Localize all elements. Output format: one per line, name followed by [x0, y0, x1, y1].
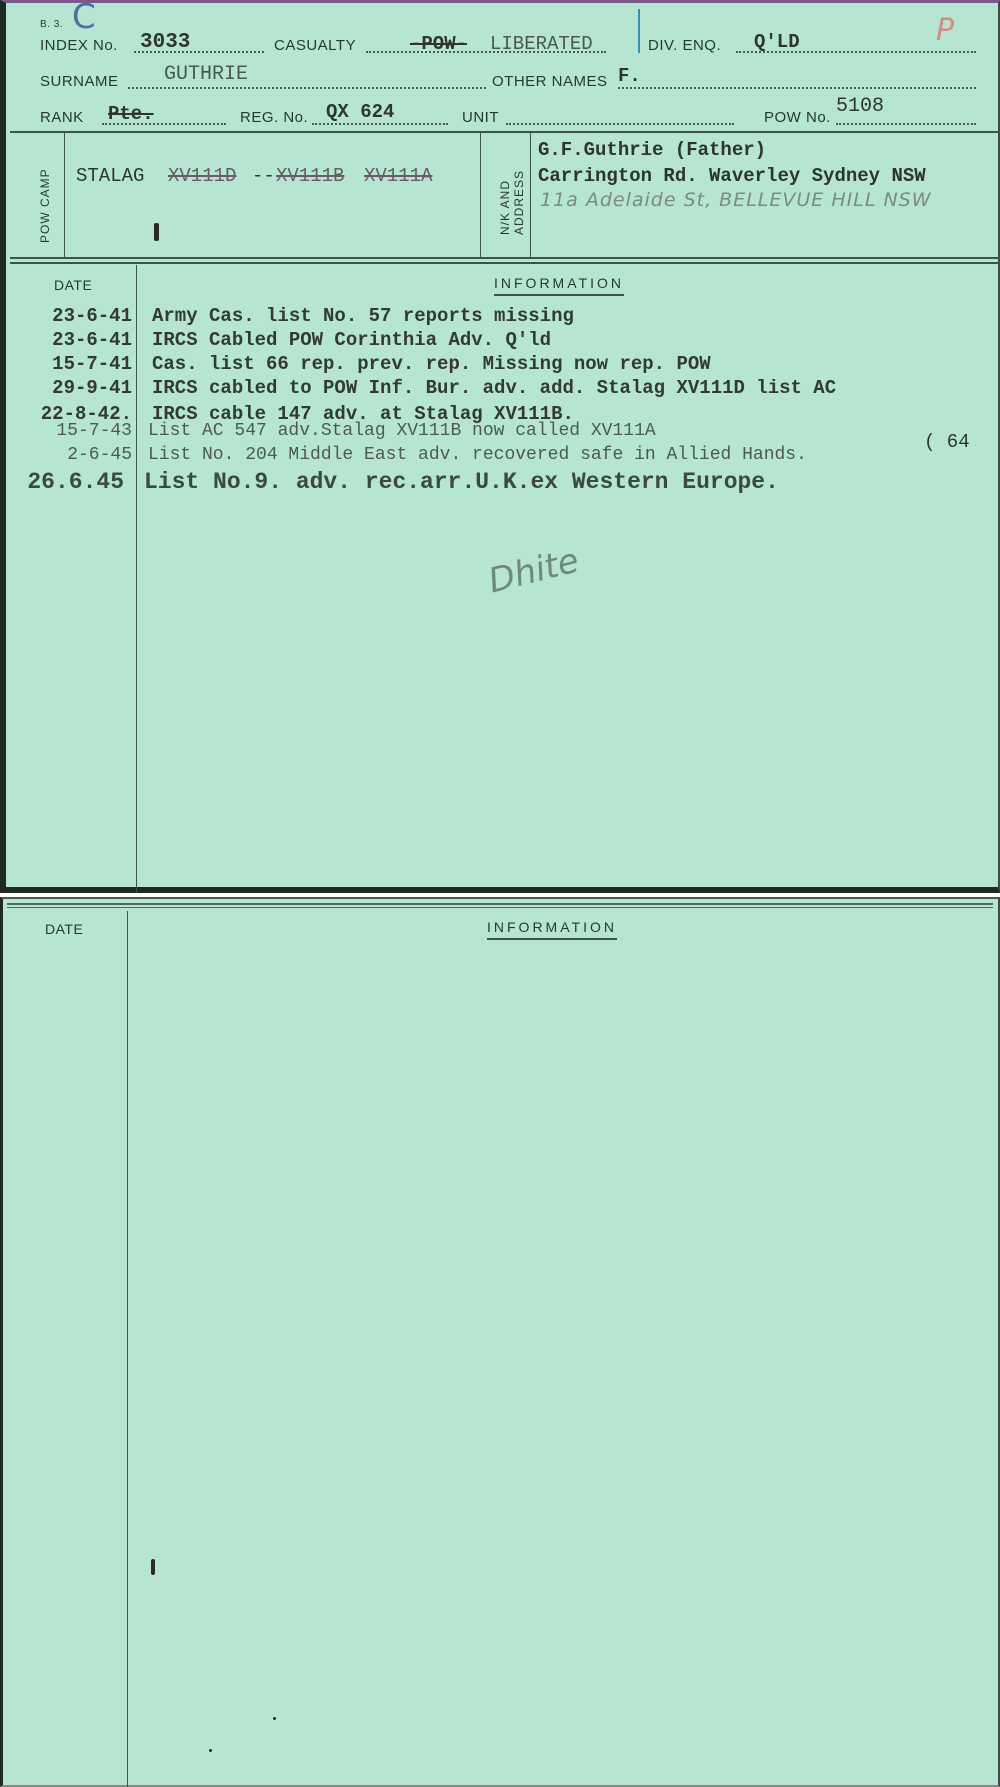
- casualty-label: CASUALTY: [274, 37, 356, 54]
- row-information: List No. 204 Middle East adv. recovered …: [148, 445, 807, 465]
- dotted-line: [836, 123, 976, 125]
- divider: [7, 907, 993, 908]
- casualty-value: LIBERATED: [490, 33, 593, 55]
- reg-no-label: REG. No.: [240, 109, 308, 126]
- handwritten-category: C: [72, 0, 96, 37]
- date-header: DATE: [54, 277, 92, 293]
- table-row: 15-7-43List AC 547 adv.Stalag XV111B now…: [6, 421, 1000, 443]
- handwritten-corner-mark: P: [936, 13, 954, 48]
- row-date: 15-7-41: [14, 353, 132, 375]
- pow-no-value: 5108: [836, 95, 884, 118]
- pen-mark: [638, 9, 640, 53]
- margin-note: ( 64: [924, 431, 970, 453]
- pow-no-label: POW No.: [764, 109, 831, 126]
- divider: [7, 903, 993, 905]
- row-date: 23-6-41: [14, 329, 132, 351]
- pow-camp-value: STALAG: [76, 165, 144, 187]
- record-card-back: DATE INFORMATION: [0, 897, 1000, 1787]
- nk-address-handwritten: 11a Adelaide St, BELLEVUE HILL NSW: [540, 189, 932, 211]
- other-names-label: OTHER NAMES: [492, 73, 608, 90]
- index-no-label: INDEX No.: [40, 37, 118, 54]
- speck: [273, 1717, 276, 1720]
- rank-label: RANK: [40, 109, 84, 126]
- divider: [480, 133, 481, 257]
- nk-address-line-1: G.F.Guthrie (Father): [538, 139, 766, 161]
- rank-value: Pte.: [108, 103, 154, 125]
- row-date: 23-6-41: [14, 305, 132, 327]
- table-row: 15-7-41Cas. list 66 rep. prev. rep. Miss…: [6, 353, 1000, 375]
- divider: [64, 133, 65, 257]
- div-enq-label: DIV. ENQ.: [648, 37, 721, 54]
- divider: [10, 131, 1000, 133]
- ink-spot: [154, 223, 159, 241]
- row-information: List No.9. adv. rec.arr.U.K.ex Western E…: [144, 469, 779, 495]
- surname-value: GUTHRIE: [164, 63, 248, 86]
- information-header: INFORMATION: [494, 275, 624, 296]
- surname-label: SURNAME: [40, 73, 119, 90]
- row-information: Army Cas. list No. 57 reports missing: [152, 305, 574, 327]
- signature: Dhite: [485, 541, 583, 602]
- dotted-line: [618, 87, 976, 89]
- ink-spot: [151, 1559, 155, 1575]
- record-card-front: B. 3. C P INDEX No. 3033 CASUALTY -POW- …: [0, 0, 1000, 893]
- information-header: INFORMATION: [487, 919, 617, 940]
- other-names-value: F.: [618, 65, 641, 87]
- row-information: IRCS cabled to POW Inf. Bur. adv. add. S…: [152, 377, 836, 399]
- table-row: 29-9-41IRCS cabled to POW Inf. Bur. adv.…: [6, 377, 1000, 399]
- divider: [10, 257, 1000, 259]
- row-information: IRCS Cabled POW Corinthia Adv. Q'ld: [152, 329, 551, 351]
- div-enq-value: Q'LD: [754, 31, 800, 53]
- nk-label-line1: N/K AND: [498, 180, 512, 235]
- dotted-line: [128, 87, 486, 89]
- reg-no-value: QX 624: [326, 101, 394, 123]
- row-date: 2-6-45: [14, 445, 132, 465]
- divider: [10, 262, 1000, 264]
- row-date: 15-7-43: [14, 421, 132, 441]
- pow-camp-struck-1: XV111D: [168, 165, 236, 187]
- casualty-struck-value: -POW-: [410, 33, 467, 55]
- unit-label: UNIT: [462, 109, 499, 126]
- table-row: 23-6-41Army Cas. list No. 57 reports mis…: [6, 305, 1000, 327]
- date-column-divider: [127, 911, 128, 1787]
- speck: [209, 1749, 212, 1752]
- pow-camp-label: POW CAMP: [38, 168, 52, 243]
- dotted-line: [506, 123, 734, 125]
- pow-camp-struck-2: XV111B: [276, 165, 344, 187]
- row-date: 29-9-41: [14, 377, 132, 399]
- row-information: Cas. list 66 rep. prev. rep. Missing now…: [152, 353, 711, 375]
- index-no-value: 3033: [140, 31, 190, 54]
- table-row: 23-6-41IRCS Cabled POW Corinthia Adv. Q'…: [6, 329, 1000, 351]
- table-row: 2-6-45List No. 204 Middle East adv. reco…: [6, 445, 1000, 467]
- dotted-line: [312, 123, 448, 125]
- form-code: B. 3.: [40, 19, 63, 30]
- row-date: 26.6.45: [6, 469, 124, 495]
- divider: [530, 133, 531, 257]
- pow-camp-struck-3: XV111A: [364, 165, 432, 187]
- row-information: List AC 547 adv.Stalag XV111B now called…: [148, 421, 656, 441]
- nk-label-line2: ADDRESS: [512, 170, 526, 235]
- table-row: 26.6.45List No.9. adv. rec.arr.U.K.ex We…: [6, 469, 1000, 491]
- date-header: DATE: [45, 921, 83, 937]
- separator: --: [252, 165, 275, 187]
- nk-address-line-2: Carrington Rd. Waverley Sydney NSW: [538, 165, 926, 187]
